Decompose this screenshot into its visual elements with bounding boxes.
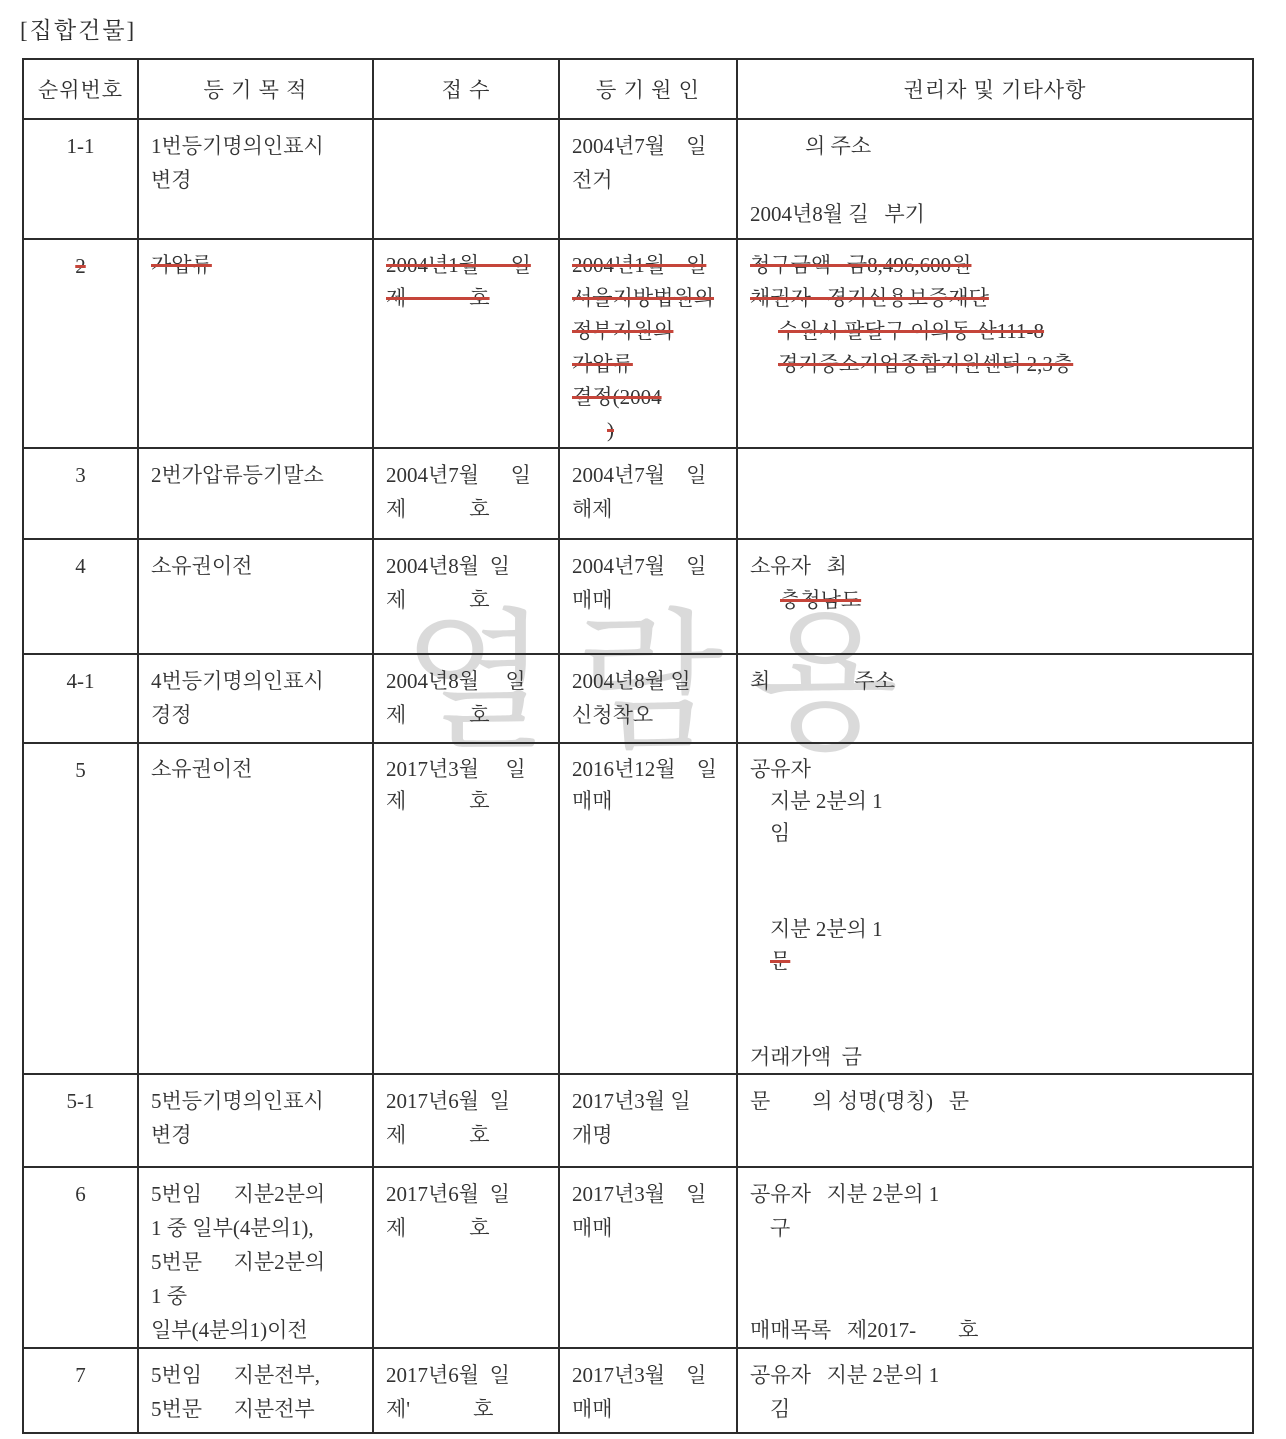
cell-text: 매매 — [572, 789, 613, 813]
cell-text: 2004년8월 일 — [572, 669, 691, 693]
header-registration-cause: 등 기 원 인 — [559, 59, 737, 119]
cell-text: 2004년7월 일 — [572, 554, 706, 578]
cell-text: 5번문 지분2분의 — [151, 1250, 325, 1274]
receipt-cell — [373, 119, 559, 239]
cause-cell: 2004년8월 일신청착오 — [559, 654, 737, 743]
cell-text: 2004년8월 일 — [386, 554, 510, 578]
struck-text: 정부지원의 — [572, 319, 673, 343]
rank-number-cell: 5 — [23, 743, 138, 1074]
rank-number-cell: 5-1 — [23, 1074, 138, 1167]
table-row: 75번임 지분전부,5번문 지분전부2017년6월 일제' 호2017년3월 일… — [23, 1348, 1253, 1433]
struck-text: 채권자 경기신용보증재단 — [750, 286, 989, 310]
purpose-cell: 소유권이전 — [138, 743, 373, 1074]
registry-table: 순위번호 등 기 목 적 접 수 등 기 원 인 권리자 및 기타사항 1-11… — [22, 58, 1254, 1434]
cell-text: 구 — [770, 1216, 790, 1240]
purpose-cell: 5번임 지분2분의1 중 일부(4분의1),5번문 지분2분의1 중일부(4분의… — [138, 1167, 373, 1348]
cell-text: 전거 — [572, 168, 613, 192]
cause-cell: 2017년3월 일매매 — [559, 1167, 737, 1348]
header-receipt: 접 수 — [373, 59, 559, 119]
cell-text: 소유권이전 — [151, 757, 252, 781]
cause-cell: 2017년3월 일개명 — [559, 1074, 737, 1167]
receipt-cell: 2017년6월 일제' 호 — [373, 1348, 559, 1433]
cell-text: 공유자 지분 2분의 1 — [750, 1182, 939, 1206]
document-title: [집합건물] — [20, 12, 136, 45]
cause-cell: 2016년12월 일매매 — [559, 743, 737, 1074]
cell-text: 5번임 지분전부, — [151, 1363, 320, 1387]
rank-number-cell: 1-1 — [23, 119, 138, 239]
purpose-cell: 1번등기명의인표시변경 — [138, 119, 373, 239]
cell-text: 매매 — [572, 588, 613, 612]
cell-text: 2017년3월 일 — [572, 1089, 691, 1113]
cell-text: 경정 — [151, 703, 192, 727]
cell-text: 2017년3월 일 — [572, 1182, 706, 1206]
cell-text: 2017년6월 일 — [386, 1182, 510, 1206]
cell-text: 거래가액 금 — [750, 1045, 862, 1069]
details-cell: 청구금액 금8,496,600원채권자 경기신용보증재단수원시 팔달구 이의동 … — [737, 239, 1253, 448]
cell-text: 제 호 — [386, 789, 490, 813]
cell-text: 2004년7월 일 — [572, 134, 706, 158]
struck-text: 서울지방법원의 — [572, 286, 714, 310]
cell-text: 공유자 — [750, 757, 811, 781]
cell-text: 제 호 — [386, 588, 490, 612]
cell-text: 신청착오 — [572, 703, 653, 727]
struck-text: 가압류 — [572, 352, 633, 376]
cell-text: 지분 2분의 1 — [770, 789, 883, 813]
cell-text: 3 — [75, 463, 86, 487]
details-cell: 공유자지분 2분의 1임지분 2분의 1문거래가액 금 — [737, 743, 1253, 1074]
header-registration-purpose: 등 기 목 적 — [138, 59, 373, 119]
rank-number-cell: 4 — [23, 539, 138, 654]
cell-text: 제 호 — [386, 497, 490, 521]
details-cell: 의 주소2004년8월 길 부기 — [737, 119, 1253, 239]
purpose-cell: 소유권이전 — [138, 539, 373, 654]
cell-text: 매매 — [572, 1216, 613, 1240]
rank-number-cell: 2 — [23, 239, 138, 448]
struck-text: 가압류 — [151, 253, 212, 277]
receipt-cell: 2004년8월 일제 호 — [373, 654, 559, 743]
details-cell: 공유자 지분 2분의 1김 — [737, 1348, 1253, 1433]
table-row: 4-14번등기명의인표시경정2004년8월 일제 호2004년8월 일신청착오최… — [23, 654, 1253, 743]
receipt-cell: 2017년6월 일제 호 — [373, 1167, 559, 1348]
table-row: 4소유권이전2004년8월 일제 호2004년7월 일매매소유자 최충청남도 — [23, 539, 1253, 654]
struck-text: 문 — [770, 949, 790, 973]
table-row: 32번가압류등기말소2004년7월 일제 호2004년7월 일해제 — [23, 448, 1253, 539]
details-cell: 소유자 최충청남도 — [737, 539, 1253, 654]
rank-number-cell: 4-1 — [23, 654, 138, 743]
cell-text: 2번가압류등기말소 — [151, 463, 324, 487]
receipt-cell: 2017년3월 일제 호 — [373, 743, 559, 1074]
cell-text: 제 호 — [386, 1216, 490, 1240]
receipt-cell: 2004년7월 일제 호 — [373, 448, 559, 539]
table-row: 5-15번등기명의인표시변경2017년6월 일제 호2017년3월 일개명문 의… — [23, 1074, 1253, 1167]
cell-text: 7 — [75, 1363, 86, 1387]
cell-text: 매매목록 제2017- 호 — [750, 1318, 978, 1342]
cause-cell: 2004년7월 일해제 — [559, 448, 737, 539]
purpose-cell: 4번등기명의인표시경정 — [138, 654, 373, 743]
purpose-cell: 2번가압류등기말소 — [138, 448, 373, 539]
cell-text: 1번등기명의인표시 — [151, 134, 324, 158]
struck-text: 경기중소기업종합지원센터 2,3층 — [778, 352, 1073, 376]
cell-text: 1 중 일부(4분의1), — [151, 1216, 314, 1240]
cell-text: 1-1 — [67, 134, 95, 158]
rank-number-cell: 7 — [23, 1348, 138, 1433]
cell-text: 2004년7월 일 — [386, 463, 531, 487]
details-cell: 최 주소 — [737, 654, 1253, 743]
cell-text: 2017년3월 일 — [386, 757, 526, 781]
cell-text: 2016년12월 일 — [572, 757, 717, 781]
cell-text: 제' 호 — [386, 1397, 493, 1421]
cell-text: 의 주소 — [805, 134, 871, 158]
details-cell: 공유자 지분 2분의 1구매매목록 제2017- 호 — [737, 1167, 1253, 1348]
cause-cell: 2004년1월 일서울지방법원의정부지원의가압류결정(2004) — [559, 239, 737, 448]
cause-cell: 2004년7월 일매매 — [559, 539, 737, 654]
cell-text: 4-1 — [67, 669, 95, 693]
struck-text: 제 호 — [386, 286, 490, 310]
cell-text: 제 호 — [386, 703, 490, 727]
cell-text: 4 — [75, 554, 86, 578]
header-rights-holder-and-other-matters: 권리자 및 기타사항 — [737, 59, 1253, 119]
cell-text: 4번등기명의인표시 — [151, 669, 324, 693]
table-row: 2가압류2004년1월 일제 호2004년1월 일서울지방법원의정부지원의가압류… — [23, 239, 1253, 448]
cell-text: 김 — [770, 1397, 790, 1421]
cell-text: 일부(4분의1)이전 — [151, 1318, 308, 1342]
table-row: 65번임 지분2분의1 중 일부(4분의1),5번문 지분2분의1 중일부(4분… — [23, 1167, 1253, 1348]
struck-text: 수원시 팔달구 이의동 산111-8 — [778, 319, 1044, 343]
receipt-cell: 2004년1월 일제 호 — [373, 239, 559, 448]
table-header-row: 순위번호 등 기 목 적 접 수 등 기 원 인 권리자 및 기타사항 — [23, 59, 1253, 119]
struck-text: 2004년1월 일 — [386, 253, 531, 277]
rank-number-cell: 6 — [23, 1167, 138, 1348]
cell-text: 5번임 지분2분의 — [151, 1182, 325, 1206]
cell-text: 임 — [770, 821, 790, 845]
cell-text: 2004년7월 일 — [572, 463, 706, 487]
cell-text: 공유자 지분 2분의 1 — [750, 1363, 939, 1387]
struck-text: 2004년1월 일 — [572, 253, 706, 277]
cell-text: 2017년6월 일 — [386, 1089, 510, 1113]
purpose-cell: 5번임 지분전부,5번문 지분전부 — [138, 1348, 373, 1433]
table-row: 5소유권이전2017년3월 일제 호2016년12월 일매매공유자지분 2분의 … — [23, 743, 1253, 1074]
cell-text: 소유자 최 — [750, 554, 847, 578]
cell-text: 6 — [75, 1182, 86, 1206]
cell-text: 5-1 — [67, 1089, 95, 1113]
details-cell: 문 의 성명(명칭) 문 — [737, 1074, 1253, 1167]
struck-text: 청구금액 금8,496,600원 — [750, 253, 971, 277]
cell-text: 2017년3월 일 — [572, 1363, 706, 1387]
table-row: 1-11번등기명의인표시변경2004년7월 일전거의 주소2004년8월 길 부… — [23, 119, 1253, 239]
cell-text: 2017년6월 일 — [386, 1363, 510, 1387]
struck-text: 2 — [75, 254, 86, 278]
cell-text: 2004년8월 일 — [386, 669, 526, 693]
details-cell — [737, 448, 1253, 539]
cell-text: 문 의 성명(명칭) 문 — [750, 1089, 969, 1113]
receipt-cell: 2004년8월 일제 호 — [373, 539, 559, 654]
header-rank-number: 순위번호 — [23, 59, 138, 119]
rank-number-cell: 3 — [23, 448, 138, 539]
struck-text: 결정(2004 — [572, 385, 662, 409]
cell-text: 지분 2분의 1 — [770, 917, 883, 941]
cell-text: 변경 — [151, 1123, 192, 1147]
cell-text: 최 주소 — [750, 669, 895, 693]
cell-text: 매매 — [572, 1397, 613, 1421]
cell-text: 개명 — [572, 1123, 613, 1147]
purpose-cell: 5번등기명의인표시변경 — [138, 1074, 373, 1167]
cell-text: 제 호 — [386, 1123, 490, 1147]
cell-text: 5 — [75, 758, 86, 782]
cell-text: 5번문 지분전부 — [151, 1397, 315, 1421]
cell-text: 해제 — [572, 497, 613, 521]
struck-text: ) — [607, 418, 614, 442]
purpose-cell: 가압류 — [138, 239, 373, 448]
cell-text: 소유권이전 — [151, 554, 252, 578]
cause-cell: 2017년3월 일매매 — [559, 1348, 737, 1433]
cell-text: 변경 — [151, 168, 192, 192]
cause-cell: 2004년7월 일전거 — [559, 119, 737, 239]
receipt-cell: 2017년6월 일제 호 — [373, 1074, 559, 1167]
cell-text: 2004년8월 길 부기 — [750, 202, 925, 226]
cell-text: 1 중 — [151, 1284, 187, 1308]
cell-text: 5번등기명의인표시 — [151, 1089, 324, 1113]
struck-text: 충청남도 — [780, 588, 861, 612]
